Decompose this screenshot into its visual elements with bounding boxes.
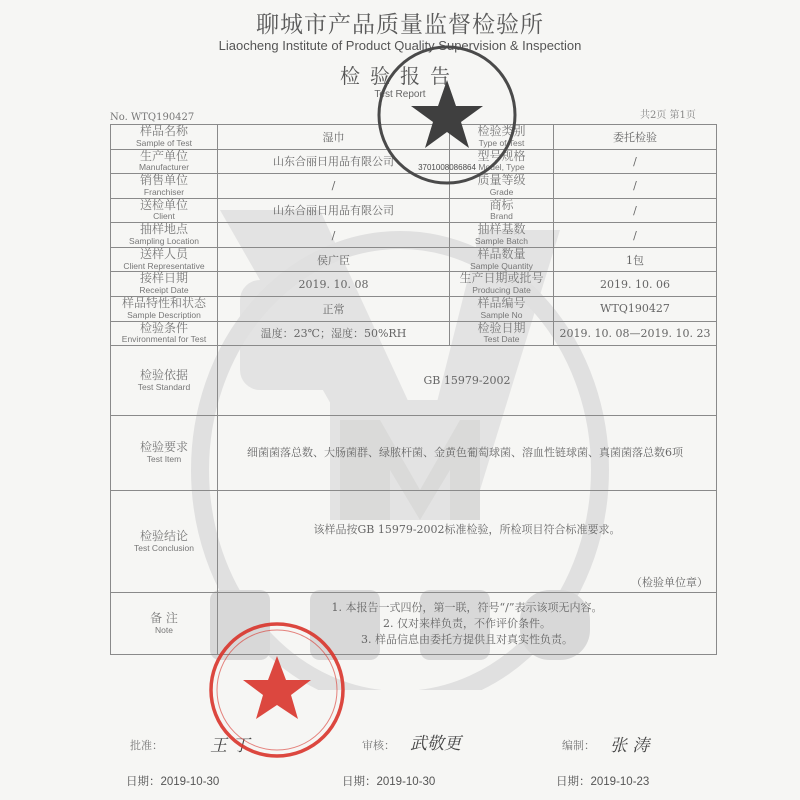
label-model: 型号规格Model, Type (450, 149, 554, 174)
conclusion-text: 该样品按GB 15979-2002标准检验，所检项目符合标准要求。 (313, 523, 620, 536)
approver-label: 批准： (130, 737, 163, 753)
label-sample-batch: 抽样基数Sample Batch (450, 223, 554, 248)
value-franchiser: / (218, 174, 450, 199)
table-row: 抽样地点Sampling Location / 抽样基数Sample Batch… (111, 223, 717, 248)
label-sample-desc: 样品特性和状态Sample Description (111, 296, 218, 321)
note-line: 3. 样品信息由委托方提供且对真实性负责。 (218, 632, 716, 648)
label-environment: 检验条件Environmental for Test (111, 321, 218, 346)
value-test-type: 委托检验 (554, 125, 717, 150)
value-note: 1. 本报告一式四份，第一联，符号“/”表示该项无内容。 2. 仅对来样负责，不… (218, 593, 717, 655)
reviewer-label: 审核： (362, 737, 395, 753)
value-sample-quantity: 1包 (554, 247, 717, 272)
label-brand: 商标Brand (450, 198, 554, 223)
value-receipt-date: 2019. 10. 08 (218, 272, 450, 297)
label-producing-date: 生产日期或批号Producing Date (450, 272, 554, 297)
page-count: 共2页 第1页 (640, 106, 696, 121)
institute-title-en: Liaocheng Institute of Product Quality S… (0, 38, 800, 53)
table-row: 样品特性和状态Sample Description 正常 样品编号Sample … (111, 296, 717, 321)
seal-label: （检验单位章） (631, 574, 708, 590)
value-producing-date: 2019. 10. 06 (554, 272, 717, 297)
value-client-rep: 侯广臣 (218, 247, 450, 272)
value-sample-desc: 正常 (218, 296, 450, 321)
value-test-date: 2019. 10. 08—2019. 10. 23 (554, 321, 717, 346)
label-franchiser: 销售单位Franchiser (111, 174, 218, 199)
label-test-item: 检验要求Test Item (111, 416, 218, 491)
value-test-standard: GB 15979-2002 (218, 346, 717, 416)
editor-signature: 张 涛 (610, 731, 649, 756)
label-sample-no: 样品编号Sample No (450, 296, 554, 321)
value-client: 山东合丽日用品有限公司 (218, 198, 450, 223)
label-sample-quantity: 样品数量Sample Quantity (450, 247, 554, 272)
value-brand: / (554, 198, 717, 223)
table-row: 送检单位Client 山东合丽日用品有限公司 商标Brand / (111, 198, 717, 223)
note-line: 1. 本报告一式四份，第一联，符号“/”表示该项无内容。 (218, 600, 716, 616)
value-sample-no: WTQ190427 (554, 296, 717, 321)
table-row: 送样人员Client Representative 侯广臣 样品数量Sample… (111, 247, 717, 272)
label-receipt-date: 接样日期Receipt Date (111, 272, 218, 297)
label-sample-name: 样品名称Sample of Test (111, 125, 218, 150)
label-manufacturer: 生产单位Manufacturer (111, 149, 218, 174)
value-sample-batch: / (554, 223, 717, 248)
reviewer-date: 日期：2019-10-30 (342, 773, 435, 789)
reviewer-signature: 武敬更 (410, 729, 461, 754)
label-sampling-location: 抽样地点Sampling Location (111, 223, 218, 248)
editor-date: 日期：2019-10-23 (556, 773, 649, 789)
report-table: 样品名称Sample of Test 湿巾 检验类别Type of Test 委… (110, 124, 717, 655)
value-test-conclusion: 该样品按GB 15979-2002标准检验，所检项目符合标准要求。 （检验单位章… (218, 491, 717, 593)
label-test-type: 检验类别Type of Test (450, 125, 554, 150)
value-model: / (554, 149, 717, 174)
table-row: 销售单位Franchiser / 质量等级Grade / (111, 174, 717, 199)
editor-label: 编制： (562, 737, 595, 753)
table-row: 生产单位Manufacturer 山东合丽日用品有限公司 型号规格Model, … (111, 149, 717, 174)
value-grade: / (554, 174, 717, 199)
value-test-item: 细菌菌落总数、大肠菌群、绿脓杆菌、金黄色葡萄球菌、溶血性链球菌、真菌菌落总数6项 (218, 416, 717, 491)
test-report-page: 聊城市产品质量监督检验所 Liaocheng Institute of Prod… (0, 0, 800, 800)
table-row: 接样日期Receipt Date 2019. 10. 08 生产日期或批号Pro… (111, 272, 717, 297)
label-test-conclusion: 检验结论Test Conclusion (111, 491, 218, 593)
table-row: 检验结论Test Conclusion 该样品按GB 15979-2002标准检… (111, 491, 717, 593)
value-environment: 温度：23℃；湿度：50%RH (218, 321, 450, 346)
report-title-en: Test Report (0, 89, 800, 100)
label-client: 送检单位Client (111, 198, 218, 223)
label-client-rep: 送样人员Client Representative (111, 247, 218, 272)
table-row: 检验依据Test Standard GB 15979-2002 (111, 346, 717, 416)
approver-signature: 王 丁 (210, 731, 249, 756)
value-manufacturer: 山东合丽日用品有限公司 (218, 149, 450, 174)
institute-title-cn: 聊城市产品质量监督检验所 (0, 6, 800, 39)
report-title-cn: 检验报告 (0, 60, 800, 89)
table-row: 检验要求Test Item 细菌菌落总数、大肠菌群、绿脓杆菌、金黄色葡萄球菌、溶… (111, 416, 717, 491)
label-grade: 质量等级Grade (450, 174, 554, 199)
report-number: No. WTQ190427 (110, 112, 194, 123)
table-row: 检验条件Environmental for Test 温度：23℃；湿度：50%… (111, 321, 717, 346)
table-row: 备 注Note 1. 本报告一式四份，第一联，符号“/”表示该项无内容。 2. … (111, 593, 717, 655)
label-test-standard: 检验依据Test Standard (111, 346, 218, 416)
note-line: 2. 仅对来样负责，不作评价条件。 (218, 616, 716, 632)
label-test-date: 检验日期Test Date (450, 321, 554, 346)
value-sampling-location: / (218, 223, 450, 248)
approver-date: 日期：2019-10-30 (126, 773, 219, 789)
label-note: 备 注Note (111, 593, 218, 655)
table-row: 样品名称Sample of Test 湿巾 检验类别Type of Test 委… (111, 125, 717, 150)
value-sample-name: 湿巾 (218, 125, 450, 150)
